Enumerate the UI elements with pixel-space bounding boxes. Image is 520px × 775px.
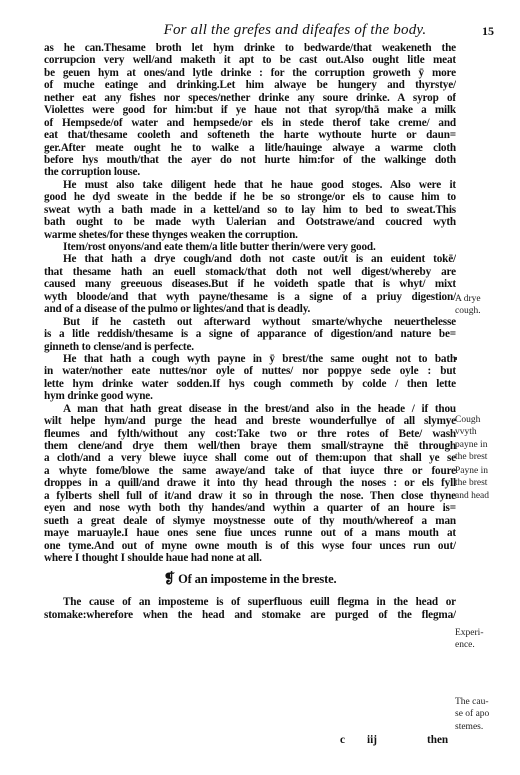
- margin-note: Payne inthe brestand head: [455, 465, 517, 502]
- pilcrow-icon: ❡: [163, 572, 175, 587]
- text-line: a cloth/and a very blewe iuyce shall com…: [44, 452, 456, 464]
- margin-note: Experi-ence.: [455, 627, 517, 652]
- text-line: and of a disease of the pulmo or lightes…: [44, 303, 456, 315]
- text-line: of muche eatinge and drinking.Let him al…: [44, 79, 456, 91]
- text-line: He that hath a drye cough/and doth not c…: [44, 253, 456, 265]
- text-line: lette hym drinke water sodden.If hys cou…: [44, 378, 456, 390]
- text-line: stomake:wherefore when the head and stom…: [44, 609, 456, 621]
- margin-note-line: Experi-: [455, 627, 517, 639]
- text-line: nether eat any fishes nor speces/nether …: [44, 92, 456, 104]
- margin-note-line: payne in: [455, 439, 517, 451]
- margin-note: Coughvvythpayne inthe brest: [455, 414, 517, 464]
- text-line: corrupcion very well/and maketh it apt t…: [44, 54, 456, 66]
- text-line: in water/nother eate nuttes/nor oyle of …: [44, 365, 456, 377]
- text-line: where I thought I shoulde haue had none …: [44, 552, 456, 564]
- text-line: that thesame hath an euell stomack/that …: [44, 266, 456, 278]
- text-line: a fylberts shell full of it/and draw it …: [44, 490, 456, 502]
- text-line: droppes in a quill/and drawe it into thy…: [44, 477, 456, 489]
- text-line: bath ought to be made wyth Ualerian and …: [44, 216, 456, 228]
- text-line: The cause of an imposteme is of superflu…: [44, 596, 456, 608]
- text-line: But if he casteth out afterward wythout …: [44, 316, 456, 328]
- margin-note-line: Payne in: [455, 465, 517, 477]
- text-line: hym drinke good wyne.: [44, 390, 456, 402]
- text-line: be geuen hym at ones/and lytle drinke : …: [44, 67, 456, 79]
- signature-number: iij: [367, 734, 377, 746]
- text-line: wyth bloode/and that wyth payne/thesame …: [44, 291, 456, 303]
- catchword: then: [427, 734, 448, 746]
- running-head: For all the grefes and difeafes of the b…: [135, 22, 455, 39]
- margin-note-line: cough.: [455, 305, 517, 317]
- text-line: of Hempsede/of water and hempsede/or els…: [44, 117, 456, 129]
- text-line: eat that/thesame cooleth and softeneth t…: [44, 129, 456, 141]
- text-line: ger.After meate ought he to walke a litl…: [44, 142, 456, 154]
- text-line: He must also take diligent hede that he …: [44, 179, 456, 191]
- ink-speck: [455, 357, 457, 360]
- text-line: before hys mouth/that the ayer do not hu…: [44, 154, 456, 166]
- margin-note: The cau-se of apostemes.: [455, 696, 517, 733]
- margin-note-line: ence.: [455, 639, 517, 651]
- section-heading-text: Of an imposteme in the breste.: [178, 572, 336, 586]
- text-line: He that hath a cough wyth payne in ȳ bre…: [44, 353, 456, 365]
- margin-note-line: the brest: [455, 451, 517, 463]
- text-line: A man that hath great disease in the bre…: [44, 403, 456, 415]
- text-line: sueth a great deale of slymye moystnesse…: [44, 515, 456, 527]
- section-paragraph: The cause of an imposteme is of superflu…: [44, 596, 456, 621]
- section-heading: ❡ Of an imposteme in the breste.: [44, 572, 456, 586]
- text-line: is a litle reddish/thesame is a signe of…: [44, 328, 456, 340]
- margin-note: A dryecough.: [455, 293, 517, 318]
- margin-note-line: the brest: [455, 477, 517, 489]
- margin-note-line: Cough: [455, 414, 517, 426]
- text-line: them clene/and drye them well/then braye…: [44, 440, 456, 452]
- text-line: Item/rost onyons/and eate them/a litle b…: [44, 241, 456, 253]
- text-line: the corruption louse.: [44, 166, 456, 178]
- text-line: one tyme.And out of myne owne mouth is o…: [44, 540, 456, 552]
- text-line: warme shetes/for these thynges weaken th…: [44, 229, 456, 241]
- text-line: fleumes and fylth/without any cost:Take …: [44, 428, 456, 440]
- text-line: eyen and nose wyth both thy handes/and w…: [44, 502, 456, 514]
- text-line: ginneth to clense/and is perfecte.: [44, 341, 456, 353]
- text-line: maye maruayle.I haue ones sene fiue unce…: [44, 527, 456, 539]
- margin-note-line: The cau-: [455, 696, 517, 708]
- body-paragraphs: as he can.Thesame broth let hym drinke t…: [44, 42, 456, 564]
- text-line: wilt helpe hym/and purge the head and br…: [44, 415, 456, 427]
- text-line: sweat wyth a bath made in a kettel/and s…: [44, 204, 456, 216]
- text-line: Violettes were good for him:but if ye ha…: [44, 104, 456, 116]
- text-line: caused many greeuous diseases.But if he …: [44, 278, 456, 290]
- text-line: good he dyd sweate in the bedde if he be…: [44, 191, 456, 203]
- text-line: a whyte fome/blowe the same awaye/and ta…: [44, 465, 456, 477]
- body-text: as he can.Thesame broth let hym drinke t…: [44, 42, 456, 621]
- signature-mark: c: [340, 734, 345, 746]
- margin-note-line: se of apo: [455, 708, 517, 720]
- margin-note-line: A drye: [455, 293, 517, 305]
- folio-number: 15: [482, 24, 494, 39]
- book-page: For all the grefes and difeafes of the b…: [0, 0, 520, 775]
- margin-note-line: vvyth: [455, 426, 517, 438]
- margin-note-line: stemes.: [455, 721, 517, 733]
- text-line: as he can.Thesame broth let hym drinke t…: [44, 42, 456, 54]
- margin-note-line: and head: [455, 490, 517, 502]
